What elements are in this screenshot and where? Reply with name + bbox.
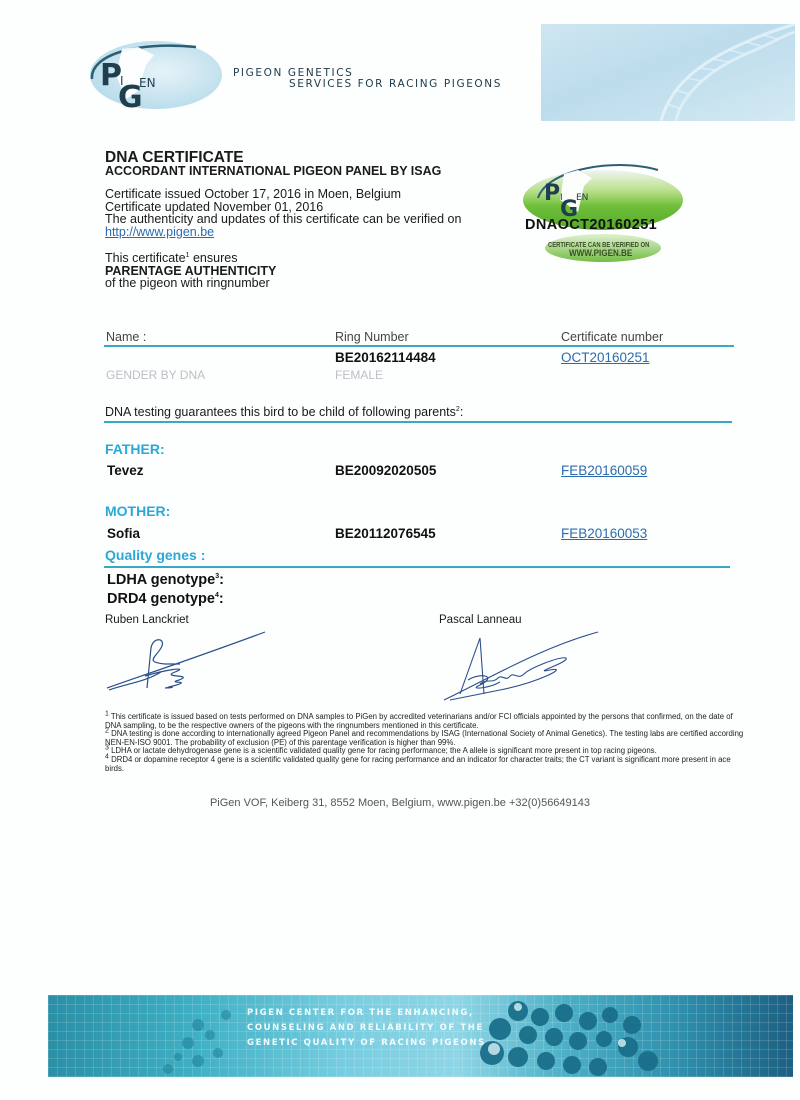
footnote-1: 1 This certificate is issued based on te… xyxy=(105,713,745,730)
header-name: Name : xyxy=(106,330,146,344)
header-divider xyxy=(104,345,734,347)
banner-line1: PIGEN CENTER FOR THE ENHANCING, xyxy=(247,1008,474,1018)
bottom-banner: PIGEN CENTER FOR THE ENHANCING, COUNSELI… xyxy=(48,995,793,1077)
svg-text:P: P xyxy=(544,181,560,206)
drd4-genotype: DRD4 genotype4: xyxy=(107,591,224,607)
mother-certificate-link[interactable]: FEB20160053 xyxy=(561,526,647,541)
certificate-info: Certificate issued October 17, 2016 in M… xyxy=(105,188,461,238)
father-ring-number: BE20092020505 xyxy=(335,463,436,478)
drd4-label: DRD4 genotype xyxy=(107,591,215,607)
ensures-block: This certificate1 ensures PARENTAGE AUTH… xyxy=(105,252,276,290)
signer-right-name: Pascal Lanneau xyxy=(439,614,521,626)
gender-label: GENDER BY DNA xyxy=(106,368,205,382)
parents-statement: DNA testing guarantees this bird to be c… xyxy=(105,405,463,419)
mother-label: MOTHER: xyxy=(105,503,170,519)
footnote-4-text: DRD4 or dopamine receptor 4 gene is a sc… xyxy=(105,755,731,773)
dna-helix-icon xyxy=(541,24,795,121)
seal-code: DNAOCT20160251 xyxy=(525,217,657,233)
svg-text:EN: EN xyxy=(139,76,156,90)
certificate-subtitle: ACCORDANT INTERNATIONAL PIGEON PANEL BY … xyxy=(105,164,441,178)
father-label: FATHER: xyxy=(105,441,165,457)
father-certificate-link[interactable]: FEB20160059 xyxy=(561,463,647,478)
ensures-tail: of the pigeon with ringnumber xyxy=(105,277,276,290)
tagline-line2: SERVICES FOR RACING PIGEONS xyxy=(289,78,502,90)
pigen-logo-icon: P I G EN xyxy=(76,35,226,113)
gender-value: FEMALE xyxy=(335,368,383,382)
bird-ring-number: BE20162114484 xyxy=(335,350,436,365)
signer-left-name: Ruben Lanckriet xyxy=(105,614,189,626)
quality-genes-label: Quality genes : xyxy=(105,547,205,563)
signature-left xyxy=(105,628,275,698)
svg-text:EN: EN xyxy=(576,193,588,203)
address-text: PiGen VOF, Keiberg 31, 8552 Moen, Belgiu… xyxy=(210,797,590,809)
header-certificate-number: Certificate number xyxy=(561,330,663,344)
signature-right xyxy=(440,628,600,703)
company-address: PiGen VOF, Keiberg 31, 8552 Moen, Belgiu… xyxy=(0,797,800,809)
verify-link[interactable]: http://www.pigen.be xyxy=(105,225,214,239)
header-ring-number: Ring Number xyxy=(335,330,409,344)
father-name: Tevez xyxy=(107,463,144,478)
ldha-genotype: LDHA genotype3: xyxy=(107,572,224,588)
footnote-2: 2 DNA testing is done according to inter… xyxy=(105,730,745,747)
mother-name: Sofia xyxy=(107,526,140,541)
bird-certificate-link[interactable]: OCT20160251 xyxy=(561,350,650,365)
issued-date: Certificate issued October 17, 2016 in M… xyxy=(105,188,461,201)
mother-ring-number: BE20112076545 xyxy=(335,526,436,541)
quality-divider xyxy=(104,566,730,568)
parents-text: DNA testing guarantees this bird to be c… xyxy=(105,405,456,419)
seal-verify-url: WWW.PIGEN.BE xyxy=(569,248,632,259)
footnote-1-text: This certificate is issued based on test… xyxy=(105,712,733,730)
footnote-4: 4 DRD4 or dopamine receptor 4 gene is a … xyxy=(105,756,745,773)
dna-helix-banner xyxy=(541,24,795,121)
banner-line3: GENETIC QUALITY OF RACING PIGEONS xyxy=(247,1038,486,1048)
drd4-colon: : xyxy=(219,591,224,607)
ldha-label: LDHA genotype xyxy=(107,572,215,588)
footnotes: 1 This certificate is issued based on te… xyxy=(105,713,745,773)
parents-divider xyxy=(104,421,732,423)
pigen-logo: P I G EN xyxy=(76,35,226,113)
signature-right-icon xyxy=(440,628,600,703)
signature-left-icon xyxy=(105,628,275,698)
banner-line2: COUNSELING AND RELIABILITY OF THE xyxy=(247,1023,484,1033)
ldha-colon: : xyxy=(219,572,224,588)
footnote-2-text: DNA testing is done according to interna… xyxy=(105,729,743,747)
parents-colon: : xyxy=(460,405,463,419)
